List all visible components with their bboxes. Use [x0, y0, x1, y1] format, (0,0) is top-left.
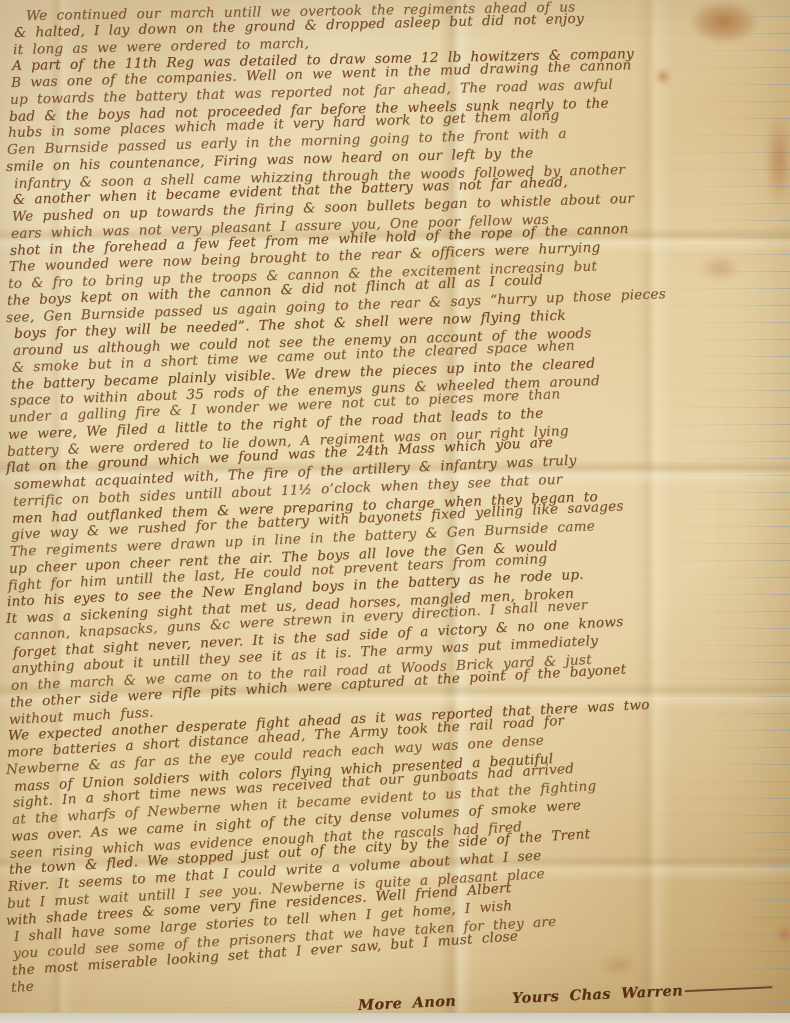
scanned-letter-page: { "document": { "kind": "handwritten-let… — [0, 0, 790, 1023]
signature-name: Yours Chas Warren — [512, 982, 684, 1007]
scanner-edge-strip — [0, 1013, 790, 1023]
closing-phrase: More Anon — [358, 993, 457, 1014]
signature-flourish — [685, 986, 773, 992]
letter-body: We continued our march untill we overtoo… — [6, 8, 790, 1009]
